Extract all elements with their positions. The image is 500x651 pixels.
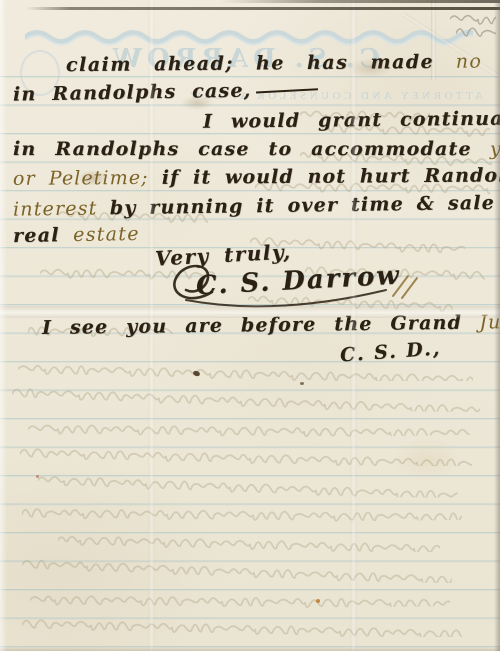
handwriting-line-4: in Randolphs case to accommodate you — [13, 138, 500, 160]
rust-speck — [316, 599, 320, 603]
scan-edge-top — [0, 7, 500, 10]
handwriting-line-7-text: real — [13, 224, 60, 247]
ink-spot — [300, 382, 304, 385]
ink-smudge — [180, 96, 214, 110]
scan-edge-top — [0, 0, 500, 3]
paper-stain — [392, 436, 462, 482]
letter-page: C. S. DARROW ATTORNEY AND COUNSELOR AT L… — [0, 0, 500, 651]
fold-crease-horizontal — [0, 306, 500, 318]
handwriting-line-7-faded-text: estate — [73, 223, 140, 246]
rust-speck — [36, 475, 39, 478]
handwriting-line-5-text: if it would not hurt Randolphs — [162, 164, 500, 189]
handwriting-line-4-text: in Randolphs case to accommodate — [13, 138, 472, 160]
fold-crease-vertical — [148, 0, 155, 651]
scan-edge-right — [494, 0, 500, 651]
pen-swash-stroke — [256, 88, 318, 93]
fold-crease-vertical — [431, 0, 436, 80]
handwriting-line-2-text: in Randolphs case, — [13, 80, 252, 106]
handwriting-line-7: real estate — [13, 223, 140, 247]
fold-crease-vertical — [350, 0, 357, 651]
ink-smudge — [78, 170, 108, 186]
scan-edge-bottom — [0, 647, 500, 651]
scan-edge-left — [0, 0, 7, 651]
handwriting-line-6-faded-text: interest — [13, 197, 98, 220]
